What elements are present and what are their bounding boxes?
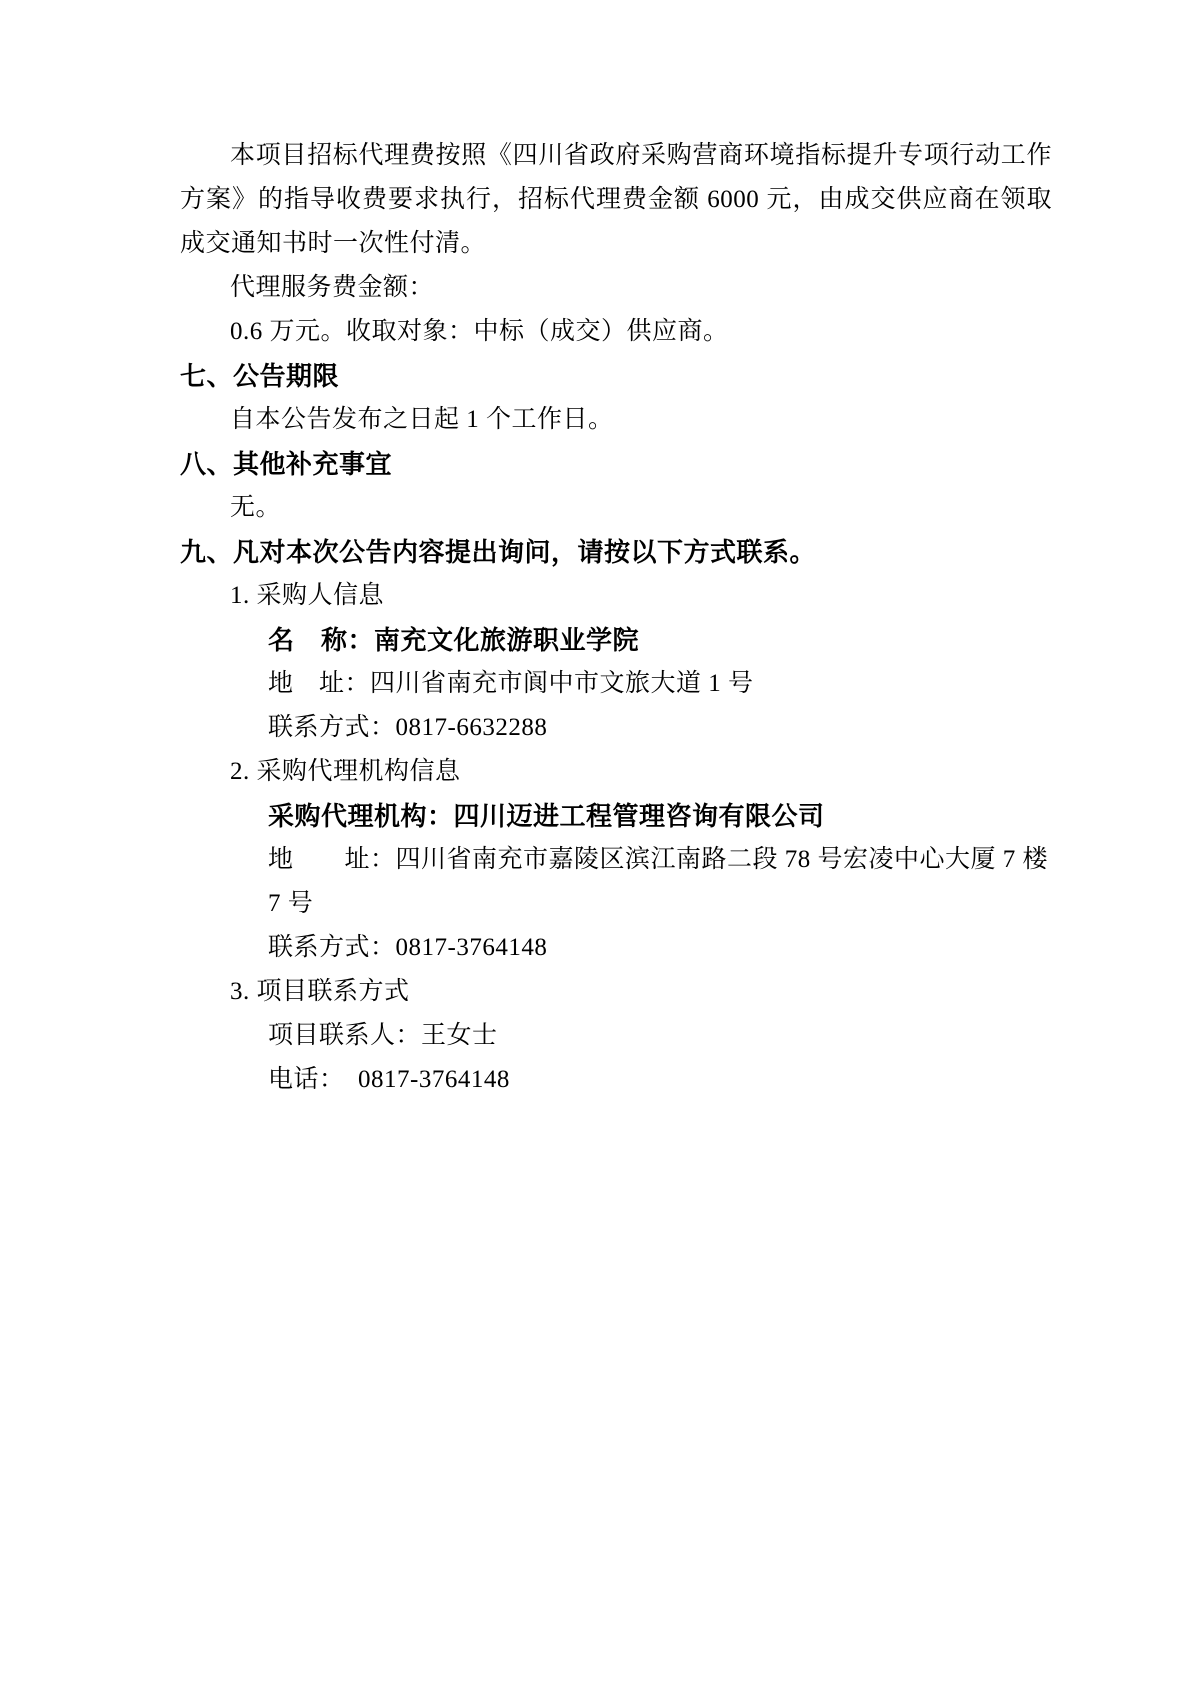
project-phone: 电话： 0817-3764148 — [180, 1058, 1052, 1102]
purchaser-info-item: 1. 采购人信息 — [180, 574, 1052, 618]
section-8-heading: 八、其他补充事宜 — [180, 442, 1052, 486]
document-page: 本项目招标代理费按照《四川省政府采购营商环境指标提升专项行动工作方案》的指导收费… — [0, 0, 1191, 1684]
purchaser-address: 地 址：四川省南充市阆中市文旅大道 1 号 — [180, 662, 1052, 706]
section-8-body: 无。 — [180, 486, 1052, 530]
project-contact-item: 3. 项目联系方式 — [180, 970, 1052, 1014]
purchaser-name: 名 称：南充文化旅游职业学院 — [180, 618, 1052, 662]
section-9-heading: 九、凡对本次公告内容提出询问，请按以下方式联系。 — [180, 530, 1052, 574]
document-content: 本项目招标代理费按照《四川省政府采购营商环境指标提升专项行动工作方案》的指导收费… — [180, 134, 1052, 1102]
service-fee-label: 代理服务费金额： — [180, 266, 1052, 310]
project-contact-person: 项目联系人：王女士 — [180, 1014, 1052, 1058]
agency-address: 地 址：四川省南充市嘉陵区滨江南路二段 78 号宏凌中心大厦 7 楼 7 号 — [180, 838, 1052, 926]
section-7-body: 自本公告发布之日起 1 个工作日。 — [180, 398, 1052, 442]
purchaser-contact: 联系方式：0817-6632288 — [180, 706, 1052, 750]
agency-info-item: 2. 采购代理机构信息 — [180, 750, 1052, 794]
agency-name: 采购代理机构：四川迈进工程管理咨询有限公司 — [180, 794, 1052, 838]
section-7-heading: 七、公告期限 — [180, 354, 1052, 398]
service-fee-value: 0.6 万元。收取对象：中标（成交）供应商。 — [180, 310, 1052, 354]
agency-contact: 联系方式：0817-3764148 — [180, 926, 1052, 970]
agency-fee-paragraph: 本项目招标代理费按照《四川省政府采购营商环境指标提升专项行动工作方案》的指导收费… — [180, 134, 1052, 266]
